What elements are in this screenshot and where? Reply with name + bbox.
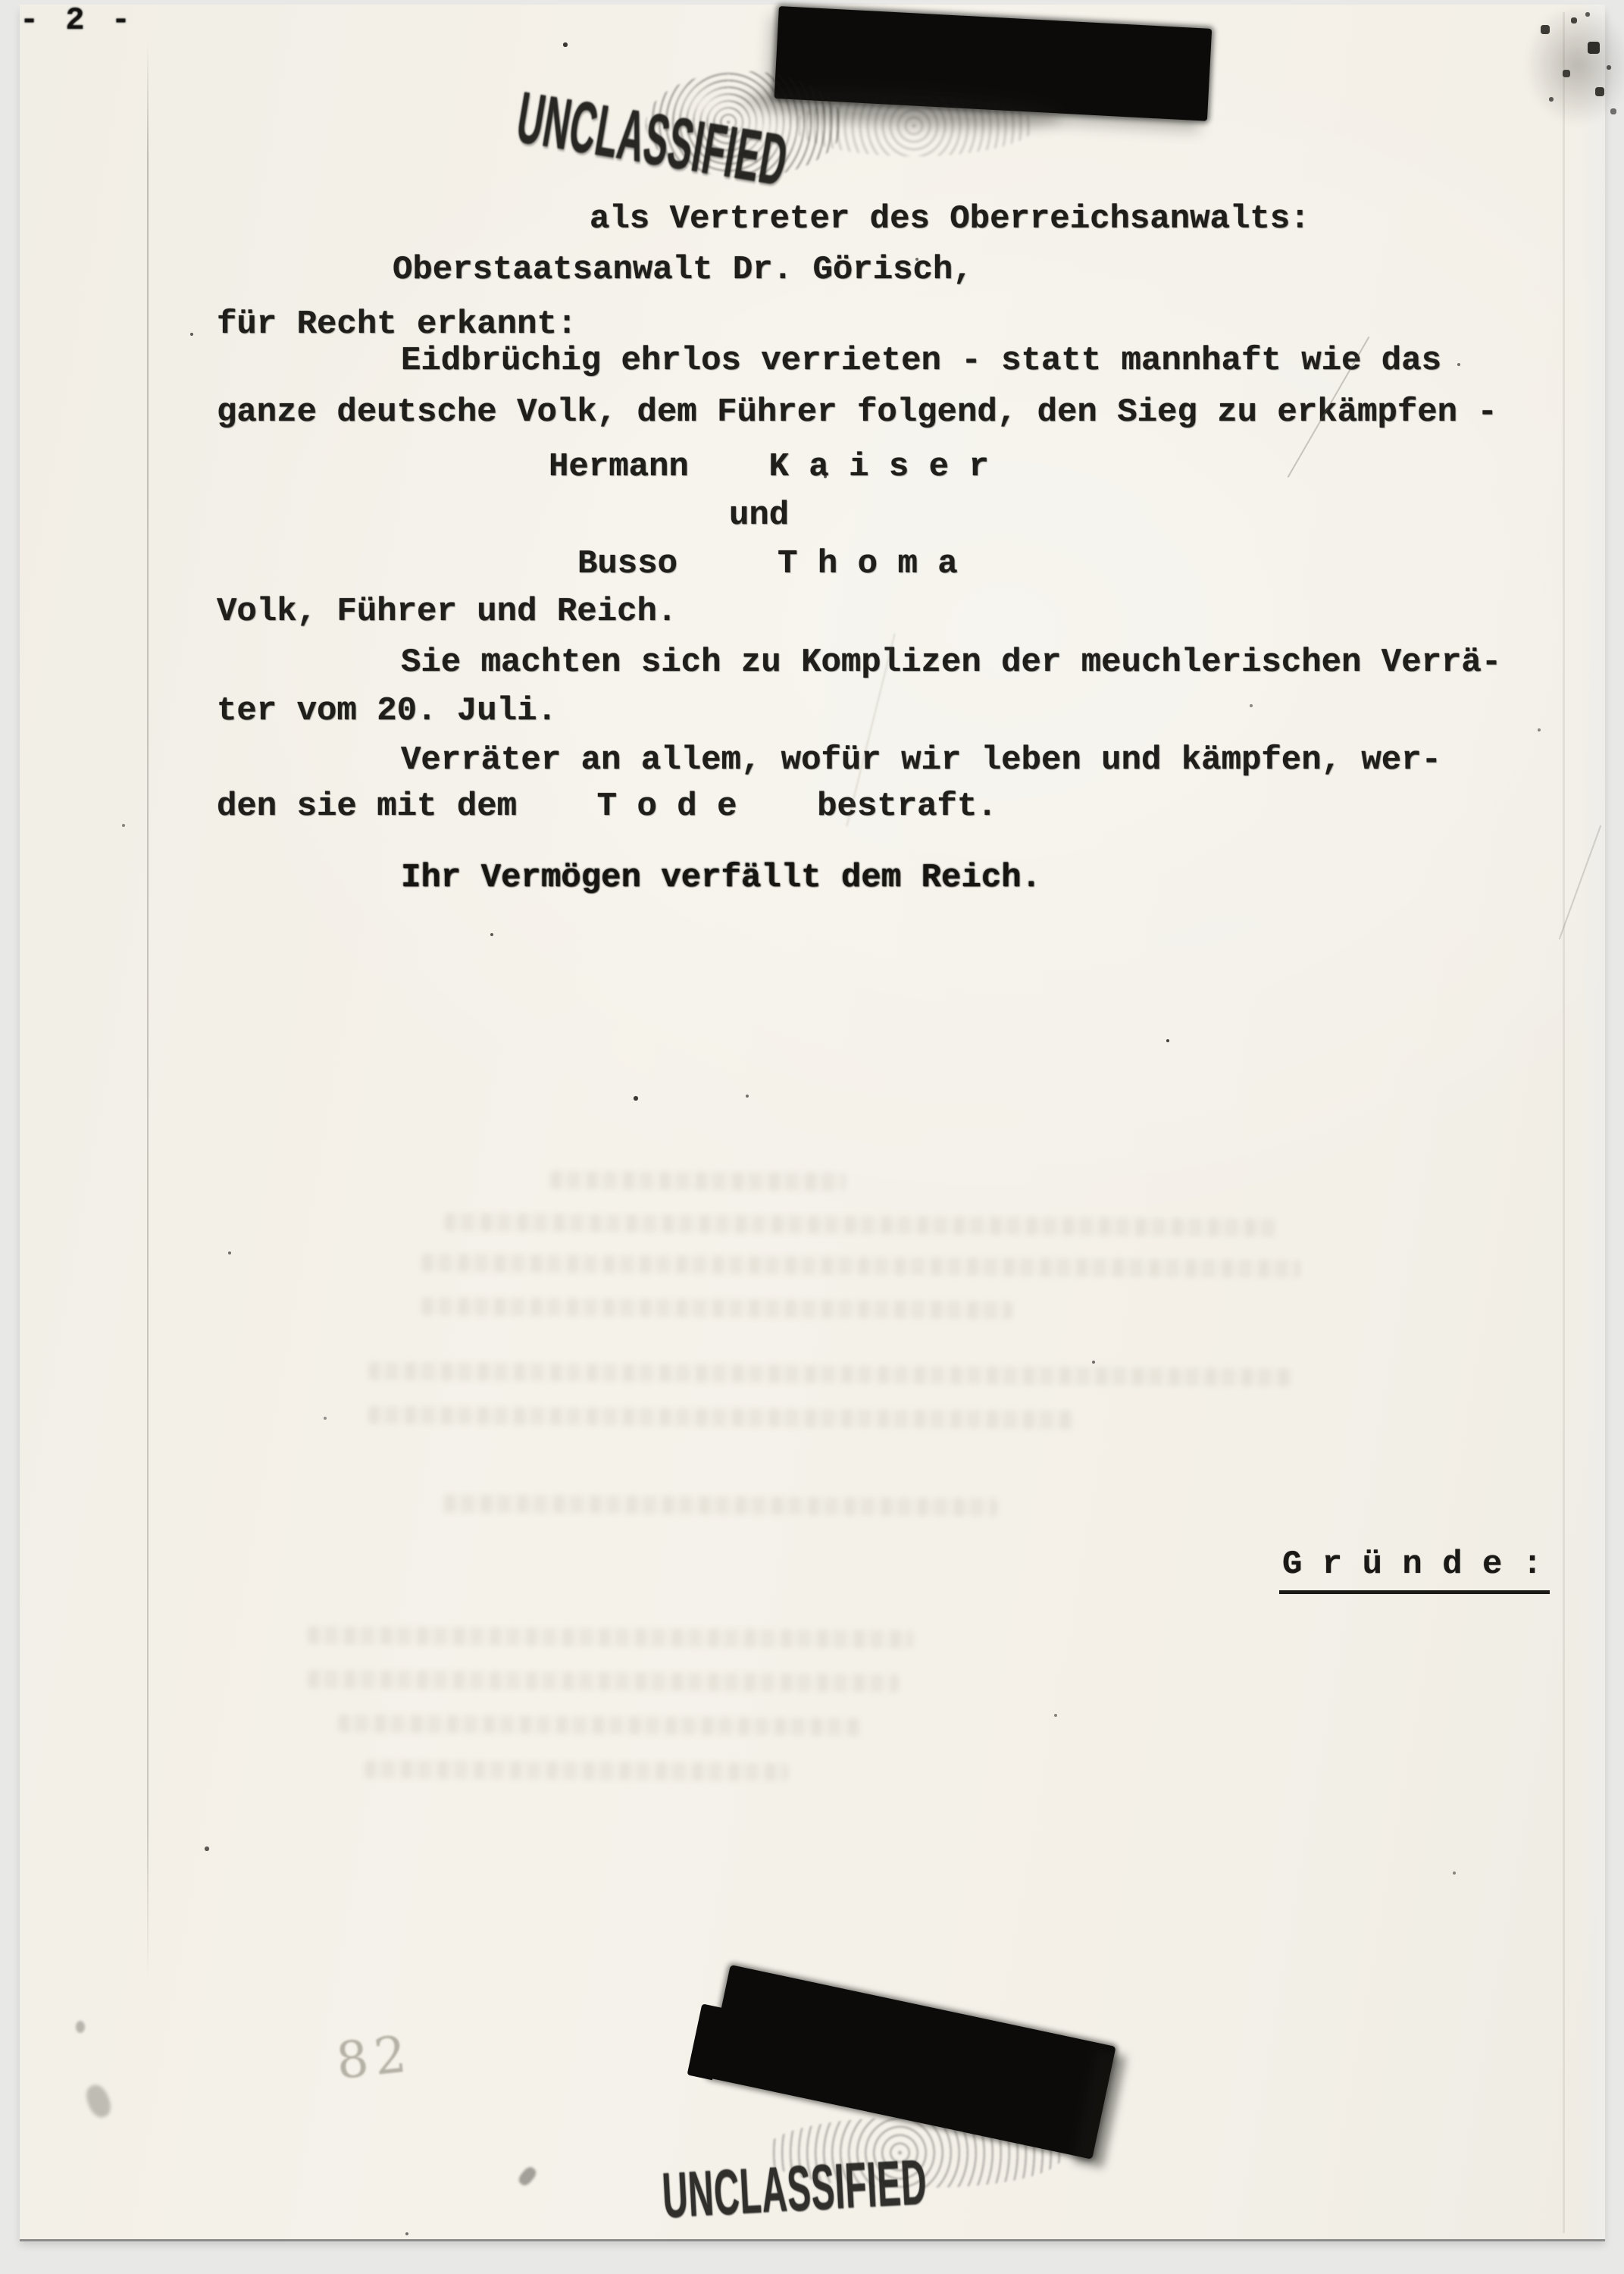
redaction-bar-bottom xyxy=(706,1965,1116,2160)
corner-stain-halo xyxy=(1525,5,1624,126)
typed-line: ganze deutsche Volk, dem Führer folgend,… xyxy=(217,396,1497,429)
unclassified-stamp-bottom: UNCLASSIFIED xyxy=(661,2150,928,2228)
typed-line: ter vom 20. Juli. xyxy=(217,694,557,728)
paper-fold-line xyxy=(147,42,149,1980)
bleed-through-ghost xyxy=(368,1406,1073,1429)
bleed-through-ghost xyxy=(421,1254,1300,1278)
redaction-bar-top xyxy=(774,6,1213,121)
page-number: - 2 - xyxy=(20,5,134,36)
typed-line-name-kaiser: Hermann K a i s e r xyxy=(549,450,989,484)
bleed-through-ghost xyxy=(444,1213,1278,1237)
typed-line-name-thoma: Busso T h o m a xyxy=(577,547,958,581)
gray-smudge-mark xyxy=(76,2021,85,2033)
document-page: UNCLASSIFIED - 2 - als Vertreter des Obe… xyxy=(20,5,1605,2239)
typed-line: Volk, Führer und Reich. xyxy=(217,595,677,628)
bleed-through-ghost xyxy=(368,1362,1293,1387)
typed-line: und xyxy=(729,499,789,532)
typed-line: Eidbrüchig ehrlos verrieten - statt mann… xyxy=(401,344,1441,377)
typed-line: Sie machten sich zu Komplizen der meuchl… xyxy=(401,646,1501,679)
bleed-through-ghost xyxy=(338,1715,861,1737)
bleed-through-ghost xyxy=(308,1670,899,1692)
bleed-through-ghost xyxy=(550,1171,846,1192)
typed-line: als Vertreter des Oberreichsanwalts: xyxy=(590,202,1310,236)
grounds-heading: G r ü n d e : xyxy=(1279,1548,1550,1594)
typed-line: Verräter an allem, wofür wir leben und k… xyxy=(401,744,1441,777)
typed-line: Ihr Vermögen verfällt dem Reich. xyxy=(401,861,1041,894)
paper-crease-right xyxy=(1563,12,1565,2233)
typed-line: für Recht erkannt: xyxy=(217,308,577,341)
typed-line: Oberstaatsanwalt Dr. Görisch, xyxy=(393,253,973,287)
gray-smudge-mark xyxy=(83,2081,114,2120)
bleed-through-ghost xyxy=(308,1626,914,1649)
bleed-through-ghost xyxy=(444,1494,997,1516)
paper-edge-shading xyxy=(1579,5,1605,2239)
bleed-through-ghost xyxy=(365,1760,789,1781)
handwritten-page-number: 82 xyxy=(334,2029,415,2087)
typed-line: den sie mit dem T o d e bestraft. xyxy=(217,790,997,823)
bleed-through-ghost xyxy=(421,1297,1012,1319)
gray-smudge-mark xyxy=(517,2165,539,2188)
